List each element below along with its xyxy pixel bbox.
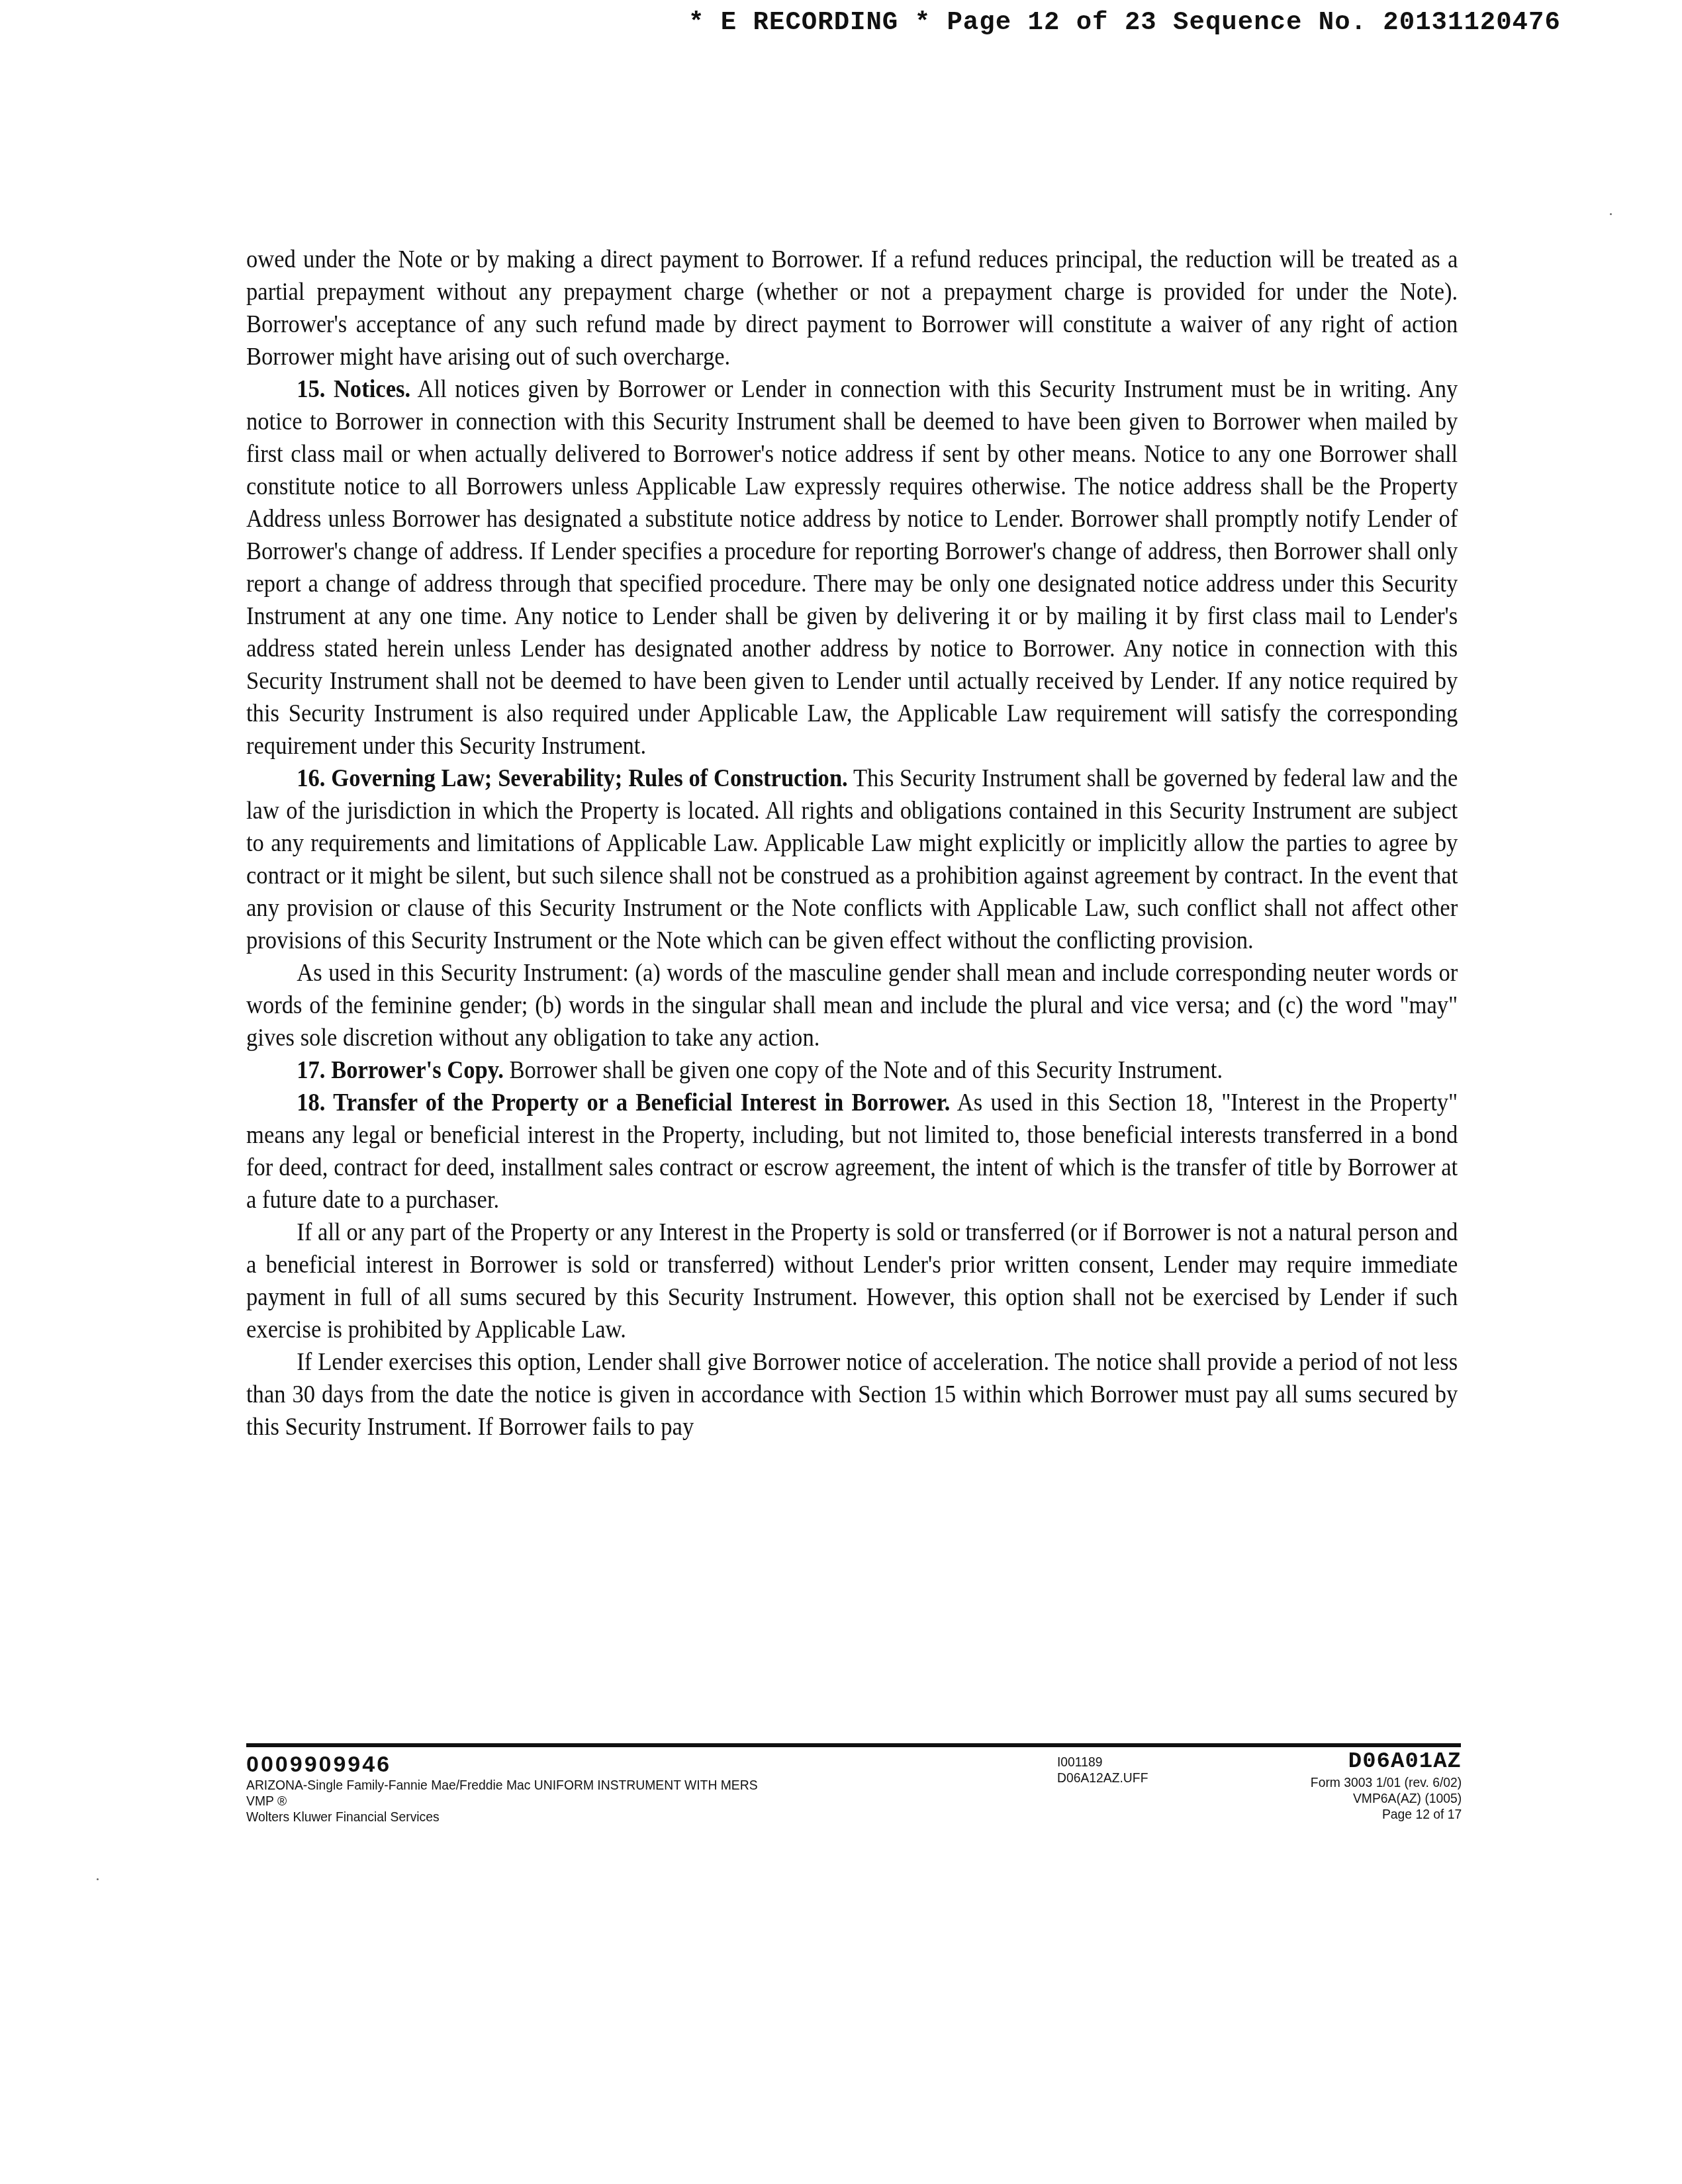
section-15-notices: 15. Notices. All notices given by Borrow… xyxy=(246,373,1458,762)
section-16-usage-paragraph: As used in this Security Instrument: (a)… xyxy=(246,957,1458,1054)
section-18-paragraph-2: If all or any part of the Property or an… xyxy=(246,1216,1458,1346)
section-18-heading: 18. Transfer of the Property or a Benefi… xyxy=(297,1089,950,1116)
section-16-governing-law: 16. Governing Law; Severability; Rules o… xyxy=(246,762,1458,957)
footer-divider xyxy=(246,1743,1461,1747)
page-number: Page 12 of 17 xyxy=(1311,1807,1462,1823)
form-title: ARIZONA-Single Family-Fannie Mae/Freddie… xyxy=(246,1778,758,1794)
section-17-heading: 17. Borrower's Copy. xyxy=(297,1057,504,1084)
file-name: D06A12AZ.UFF xyxy=(1057,1770,1148,1786)
vmp-code: VMP6A(AZ) (1005) xyxy=(1311,1791,1462,1807)
section-15-text: All notices given by Borrower or Lender … xyxy=(246,376,1458,760)
section-15-heading: 15. Notices. xyxy=(297,376,410,403)
loan-number: 0009909946 xyxy=(246,1751,802,1778)
footer-left-block: 0009909946 ARIZONA-Single Family-Fannie … xyxy=(246,1751,802,1825)
scan-speck xyxy=(1610,213,1612,215)
form-code: D06A01AZ xyxy=(1297,1749,1462,1775)
footer-right-block: D06A01AZ Form 3003 1/01 (rev. 6/02) VMP6… xyxy=(1297,1749,1462,1823)
form-number: Form 3003 1/01 (rev. 6/02) xyxy=(1311,1775,1462,1791)
vmp-mark: VMP ® xyxy=(246,1794,758,1809)
section-18-paragraph-3: If Lender exercises this option, Lender … xyxy=(246,1346,1458,1443)
section-16-heading: 16. Governing Law; Severability; Rules o… xyxy=(297,765,848,792)
section-17-borrowers-copy: 17. Borrower's Copy. Borrower shall be g… xyxy=(246,1054,1458,1087)
section-18-transfer: 18. Transfer of the Property or a Benefi… xyxy=(246,1087,1458,1216)
footer-middle-block: I001189 D06A12AZ.UFF xyxy=(1057,1754,1156,1786)
scan-speck xyxy=(97,1878,99,1880)
document-body: owed under the Note or by making a direc… xyxy=(246,244,1458,1443)
section-16-text: This Security Instrument shall be govern… xyxy=(246,765,1458,954)
paragraph-refund-continuation: owed under the Note or by making a direc… xyxy=(246,244,1458,373)
section-17-text: Borrower shall be given one copy of the … xyxy=(504,1057,1223,1084)
publisher-name: Wolters Kluwer Financial Services xyxy=(246,1809,758,1825)
document-id: I001189 xyxy=(1057,1754,1148,1770)
recording-header: * E RECORDING * Page 12 of 23 Sequence N… xyxy=(688,8,1655,37)
